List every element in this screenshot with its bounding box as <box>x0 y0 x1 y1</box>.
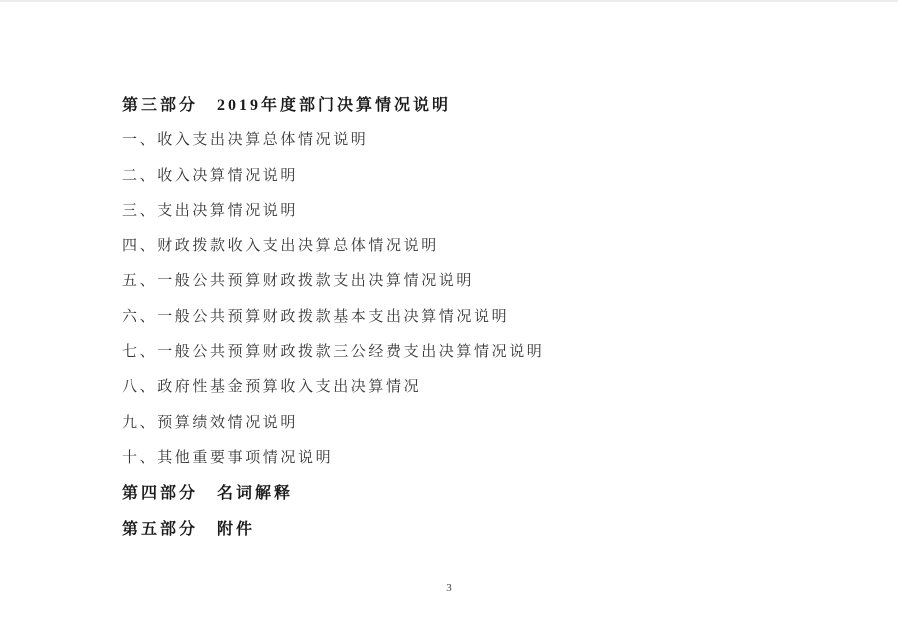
toc-item-3: 三、支出决算情况说明 <box>122 194 544 229</box>
toc-item-5: 五、一般公共预算财政拨款支出决算情况说明 <box>122 264 544 299</box>
toc-item-1: 一、收入支出决算总体情况说明 <box>122 123 544 158</box>
section-heading-part5: 第五部分 附件 <box>122 512 544 547</box>
page-number: 3 <box>0 582 898 594</box>
scan-edge-line <box>0 0 898 2</box>
toc-item-8: 八、政府性基金预算收入支出决算情况 <box>122 370 544 405</box>
toc-item-6: 六、一般公共预算财政拨款基本支出决算情况说明 <box>122 300 544 335</box>
section-heading-part3: 第三部分 2019年度部门决算情况说明 <box>122 88 544 123</box>
toc-item-10: 十、其他重要事项情况说明 <box>122 441 544 476</box>
toc-item-4: 四、财政拨款收入支出决算总体情况说明 <box>122 229 544 264</box>
section-heading-part4: 第四部分 名词解释 <box>122 476 544 511</box>
toc-item-9: 九、预算绩效情况说明 <box>122 406 544 441</box>
toc-content: 第三部分 2019年度部门决算情况说明 一、收入支出决算总体情况说明 二、收入决… <box>122 88 544 547</box>
document-page: 第三部分 2019年度部门决算情况说明 一、收入支出决算总体情况说明 二、收入决… <box>0 0 898 635</box>
toc-item-2: 二、收入决算情况说明 <box>122 159 544 194</box>
toc-item-7: 七、一般公共预算财政拨款三公经费支出决算情况说明 <box>122 335 544 370</box>
